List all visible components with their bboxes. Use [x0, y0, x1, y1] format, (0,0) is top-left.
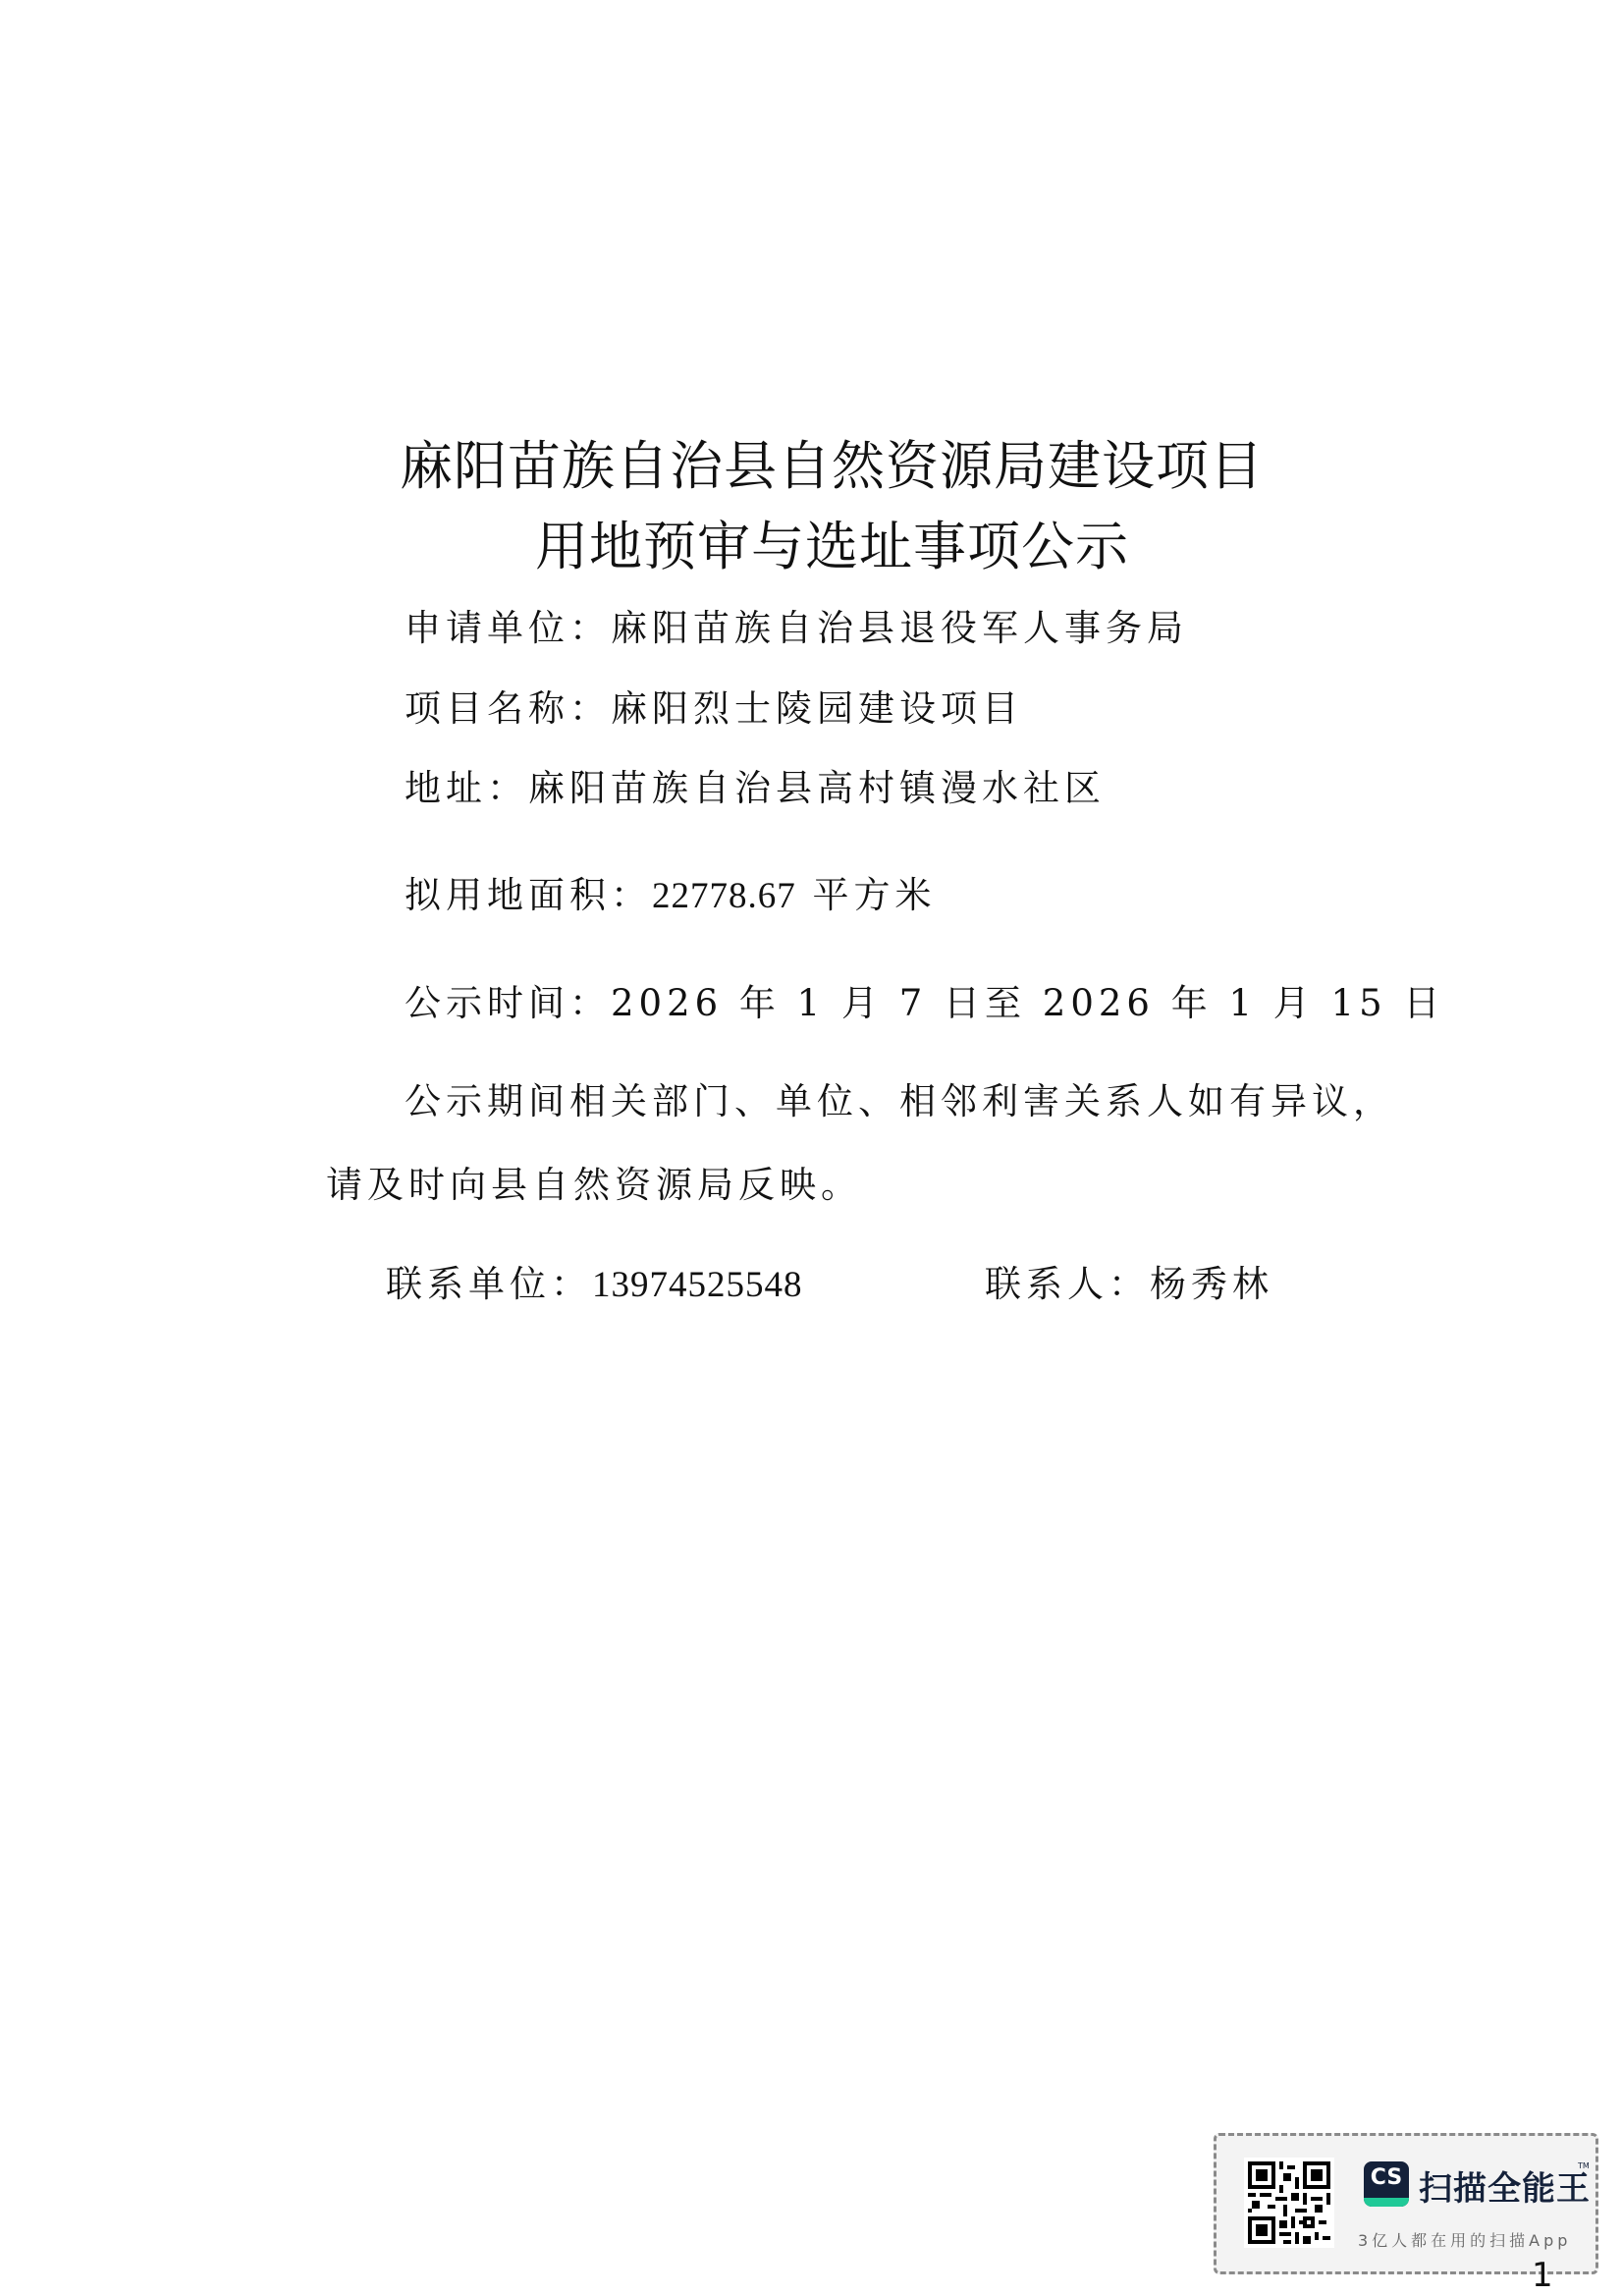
address-value: 麻阳苗族自治县高村镇漫水社区 [528, 767, 1106, 809]
period-value: 2026 年 1 月 7 日至 2026 年 1 月 15 日 [611, 982, 1444, 1024]
contact-person-value: 杨秀林 [1150, 1263, 1273, 1305]
area-value: 22778.67 [652, 876, 796, 916]
page-number: 1 [1532, 2259, 1553, 2292]
notice-line-1: 公示期间相关部门、单位、相邻利害关系人如有异议， [405, 1083, 1394, 1120]
applicant-label: 申请单位： [405, 607, 611, 649]
brand-name: 扫描全能王 [1419, 2161, 1591, 2210]
applicant-row: 申请单位：麻阳苗族自治县退役军人事务局 [405, 610, 1188, 646]
period-row: 公示时间：2026 年 1 月 7 日至 2026 年 1 月 15 日 [405, 985, 1444, 1021]
period-label: 公示时间： [405, 982, 611, 1024]
address-label: 地址： [405, 767, 528, 809]
notice-line-2: 请及时向县自然资源局反映。 [326, 1167, 862, 1203]
area-label: 拟用地面积： [405, 874, 652, 916]
brand-tagline: 3亿人都在用的扫描App [1358, 2228, 1571, 2251]
applicant-value: 麻阳苗族自治县退役军人事务局 [611, 607, 1188, 649]
contact-unit-row: 联系单位：13974525548 [386, 1266, 803, 1303]
document-title-line-2: 用地预审与选址事项公示 [535, 520, 1129, 574]
address-row: 地址：麻阳苗族自治县高村镇漫水社区 [405, 770, 1106, 806]
camscanner-watermark: CS 扫描全能王 TM 3亿人都在用的扫描App [1214, 2133, 1598, 2274]
contact-person-label: 联系人： [985, 1263, 1150, 1305]
document-title-line-1: 麻阳苗族自治县自然资源局建设项目 [400, 440, 1264, 493]
trademark-mark: TM [1578, 2161, 1590, 2170]
camscanner-logo-icon: CS [1364, 2161, 1409, 2207]
project-value: 麻阳烈士陵园建设项目 [611, 687, 1023, 730]
contact-unit-value: 13974525548 [592, 1265, 803, 1305]
contact-person-row: 联系人：杨秀林 [985, 1266, 1273, 1302]
area-unit: 平方米 [796, 874, 937, 916]
qr-code-icon [1244, 2158, 1334, 2248]
project-row: 项目名称：麻阳烈士陵园建设项目 [405, 690, 1023, 727]
project-label: 项目名称： [405, 687, 611, 730]
contact-unit-label: 联系单位： [386, 1263, 592, 1305]
area-row: 拟用地面积：22778.67 平方米 [405, 877, 937, 914]
